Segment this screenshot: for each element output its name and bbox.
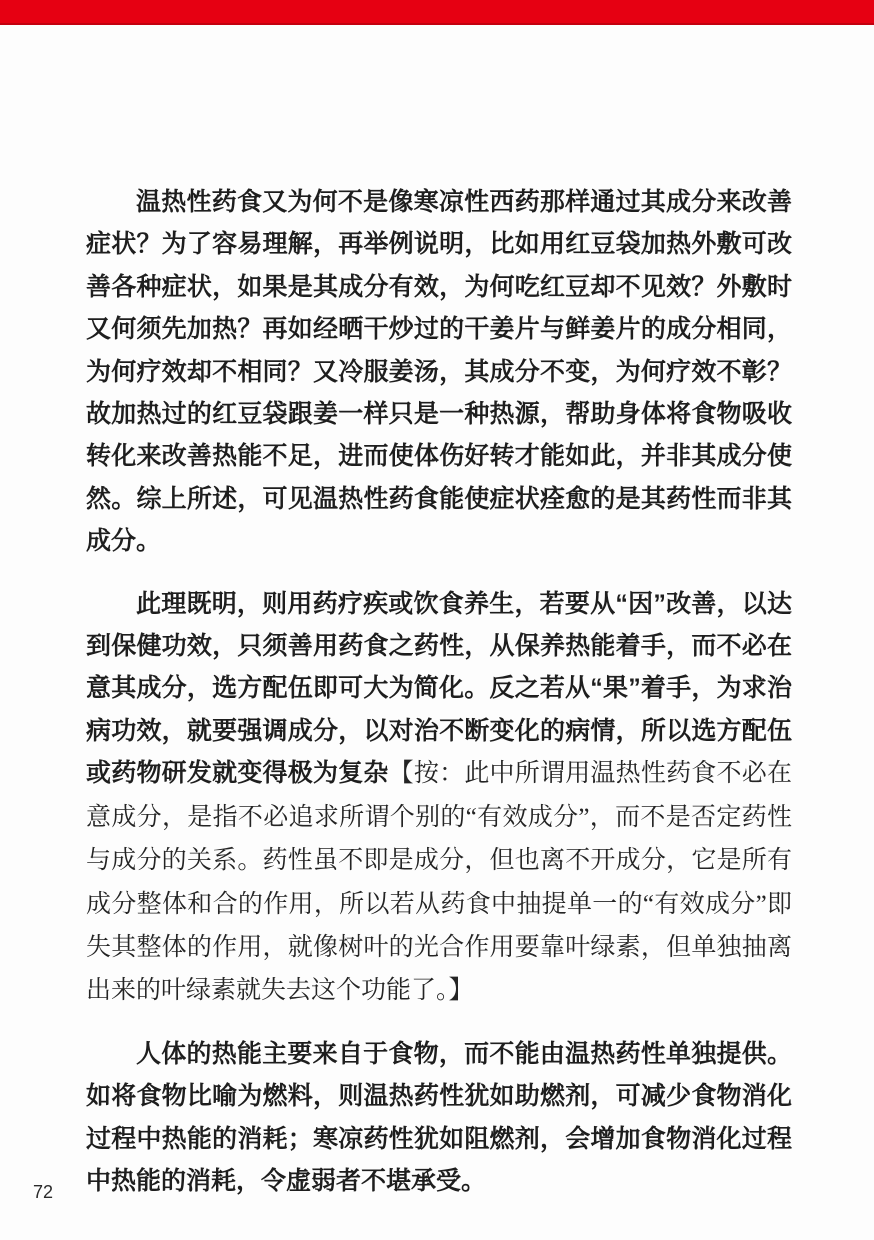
editor-note: 【按：此中所谓用温热性药食不必在意成分，是指不必追求所谓个别的“有效成分”，而不… [86,760,792,1004]
page-content: 温热性药食又为何不是像寒凉性西药那样通过其成分来改善症状？为了容易理解，再举例说… [86,181,792,1222]
page-number: 72 [33,1182,53,1203]
page-header-bar [0,0,874,25]
paragraph-1: 温热性药食又为何不是像寒凉性西药那样通过其成分来改善症状？为了容易理解，再举例说… [86,181,792,563]
paragraph-2: 此理既明，则用药疗疾或饮食养生，若要从“因”改善，以达到保健功效，只须善用药食之… [86,583,792,1013]
paragraph-2-main-text: 此理既明，则用药疗疾或饮食养生，若要从“因”改善，以达到保健功效，只须善用药食之… [86,590,792,788]
paragraph-3: 人体的热能主要来自于食物，而不能由温热药性单独提供。如将食物比喻为燃料，则温热药… [86,1033,792,1203]
